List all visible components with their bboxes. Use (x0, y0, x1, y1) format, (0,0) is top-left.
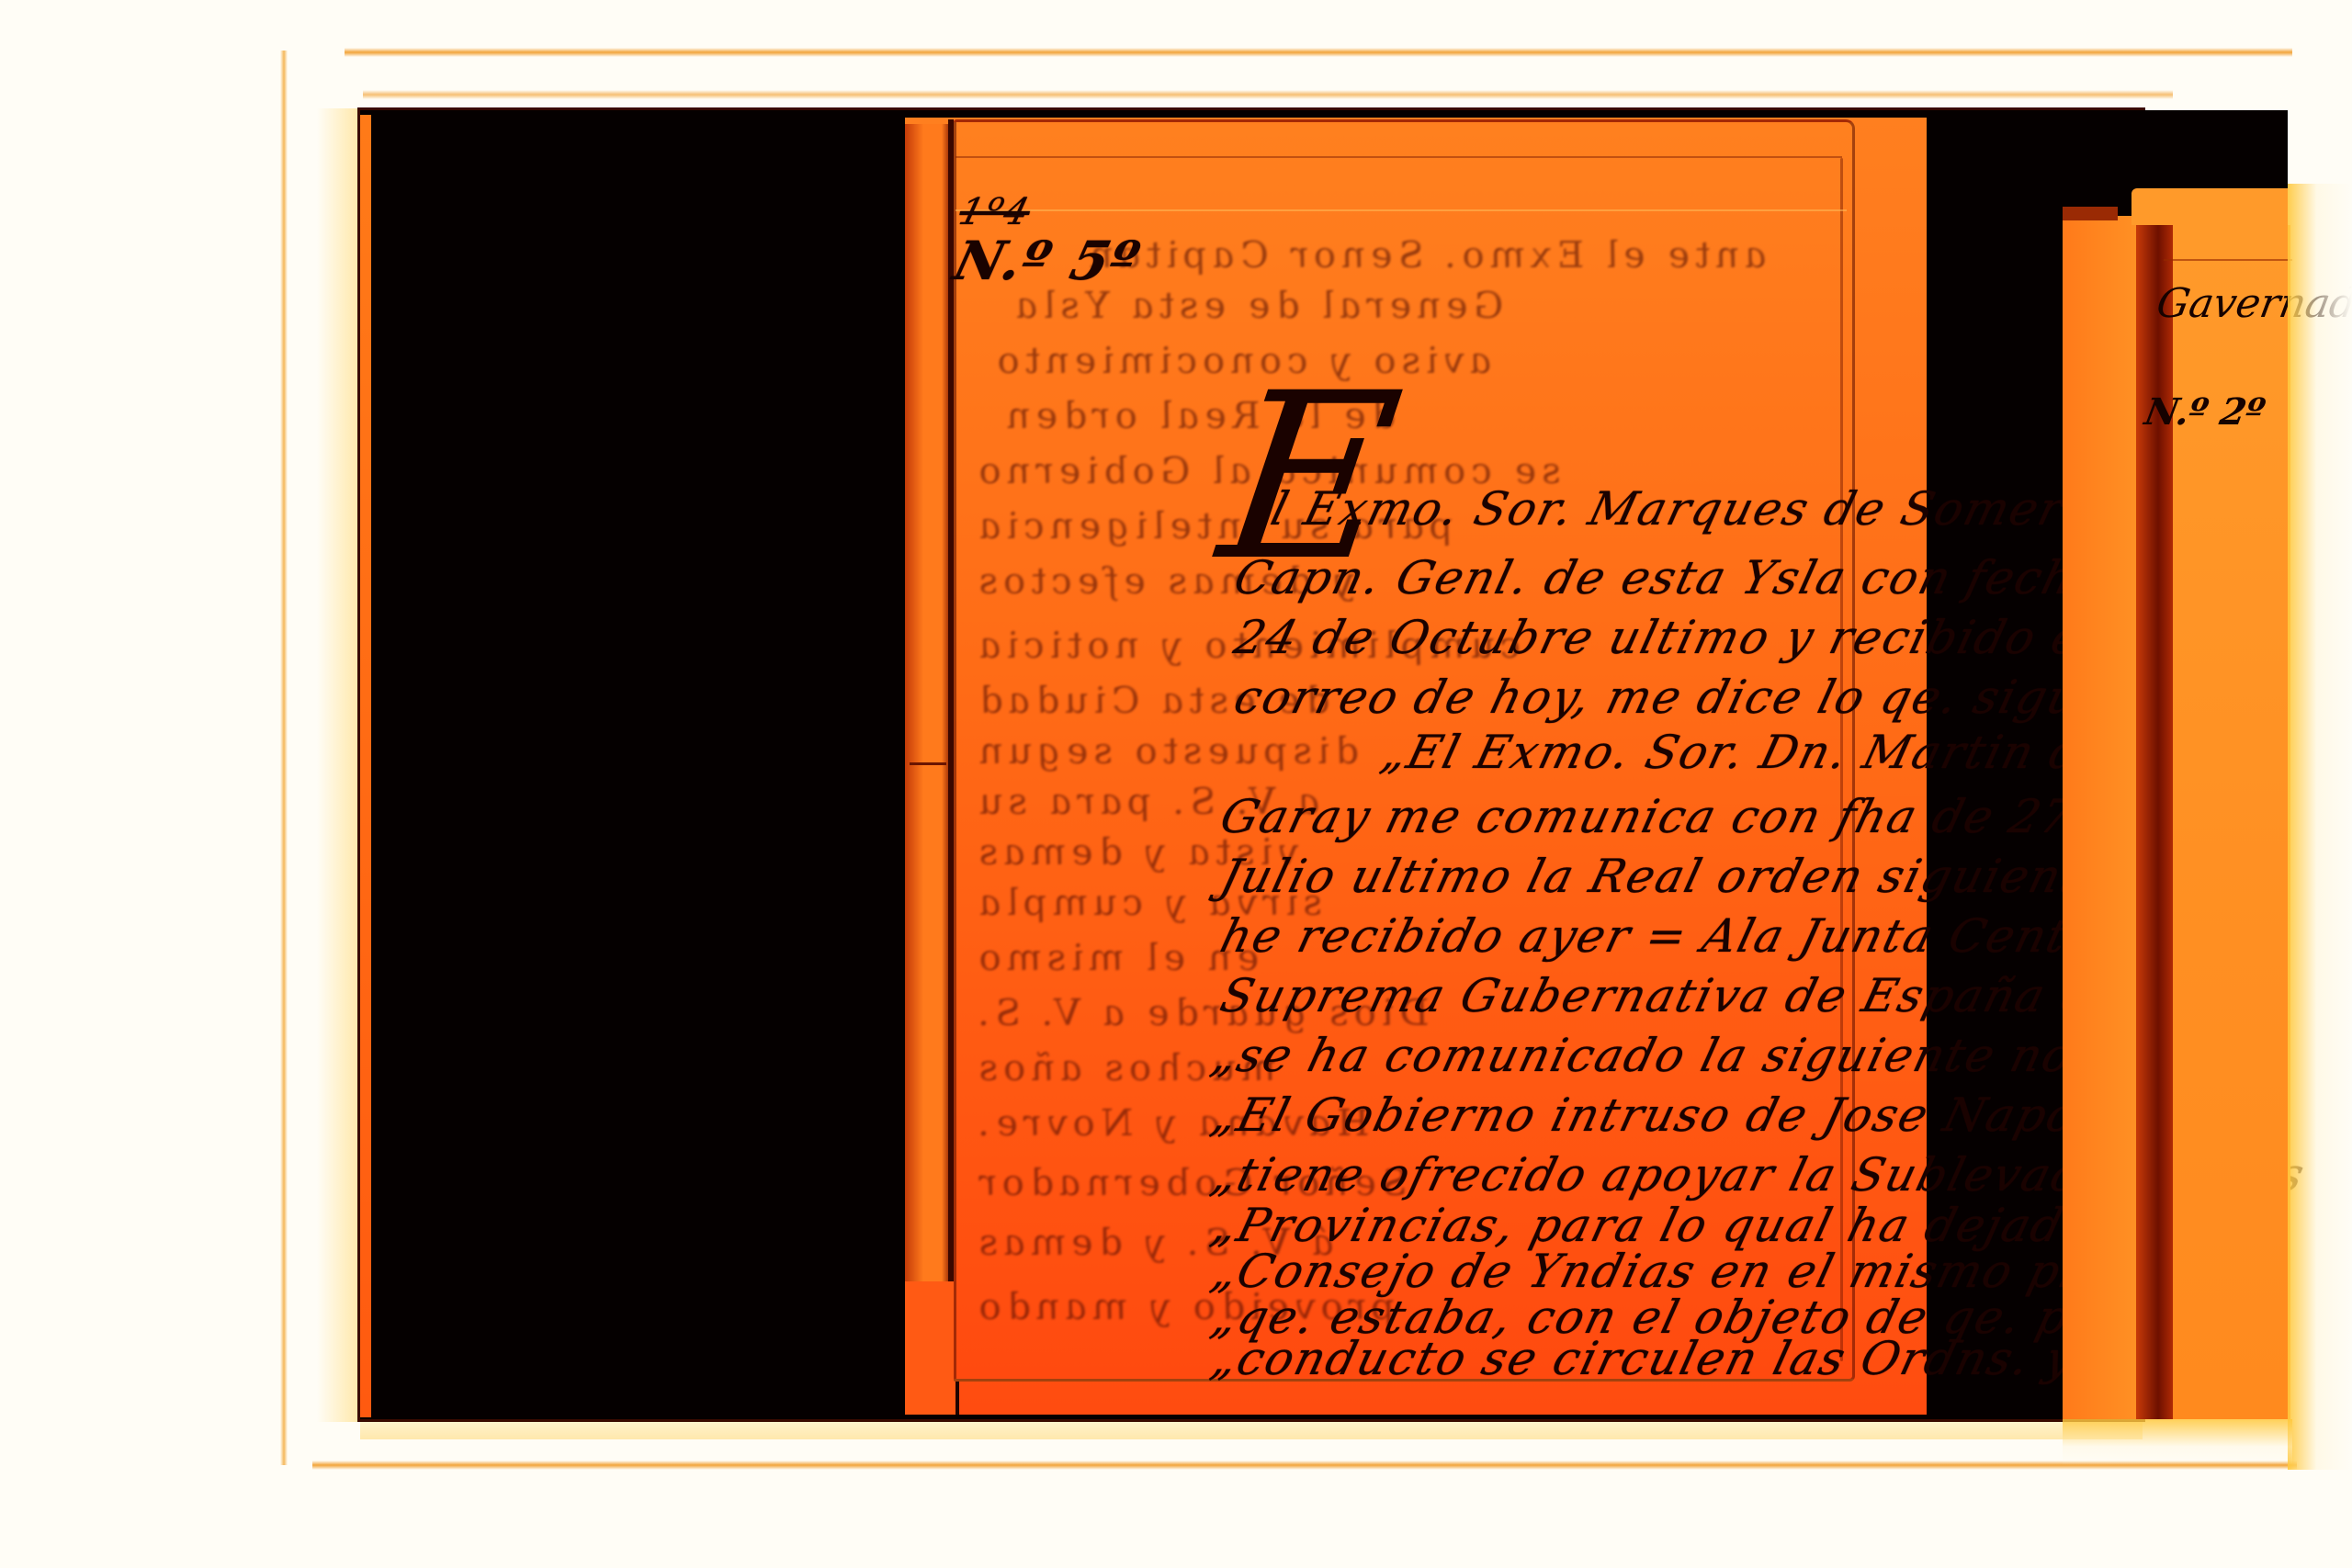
ghost-line: dispuesto segun (970, 730, 1363, 773)
manuscript-line: Garay me comunica con fha de 27 de (1216, 790, 2156, 843)
left-mount-strip (360, 115, 371, 1417)
right-page-bottom-overexposure (2063, 1419, 2292, 1465)
outer-frame-bottom-line (312, 1461, 2297, 1470)
right-page-inner-leaf-cap (2063, 207, 2118, 220)
inner-frame-top-line (363, 90, 2173, 99)
manuscript-line: „El Exmo. Sor. Dn. Martin de (1376, 726, 2118, 779)
manuscript-line: Julio ultimo la Real orden siguiente qe. (1216, 850, 2211, 903)
outer-frame-left-line (280, 51, 288, 1465)
ghost-line: ante el Exmo. Senor Capitan (1080, 234, 1770, 276)
document-number-label: N.º 5º (948, 230, 1148, 292)
right-page-number-label: N.º 2º (2142, 390, 2268, 434)
manuscript-line: „se ha comunicado la siguiente noticia. (1206, 1029, 2206, 1082)
right-page-top-rule (2164, 259, 2292, 261)
main-page-spine (905, 124, 951, 1410)
manuscript-line: he recibido ayer = Ala Junta Central (1216, 909, 2144, 963)
manuscript-line: l Exmo. Sor. Marques de Someruelos (1266, 482, 2202, 536)
struck-folio-number: 1º4 (955, 191, 1035, 233)
outer-frame-top-line (345, 48, 2292, 57)
manuscript-line: 24 de Octubre ultimo y recibido en el (1229, 611, 2182, 664)
right-edge-overexposure (2288, 184, 2352, 1470)
right-page-top-tab (2131, 188, 2288, 225)
right-page-inner-leaf (2063, 216, 2136, 1419)
spine-crease-mark (910, 762, 946, 765)
mount-bottom-edge (360, 1419, 2143, 1439)
manuscript-line: „El Gobierno intruso de Jose Napoleon (1206, 1089, 2190, 1142)
mount-left-glow (317, 108, 361, 1422)
manuscript-line: Capn. Genl. de esta Ysla con fecha de (1229, 551, 2188, 604)
sheet-fold-crease (955, 209, 1847, 211)
right-page-top-mount (2063, 110, 2288, 193)
manuscript-line: correo de hoy, me dice lo qe. sigue. (1229, 671, 2131, 724)
sheet-top-border-rule (955, 156, 1842, 158)
spine-lower-block (905, 1281, 959, 1415)
